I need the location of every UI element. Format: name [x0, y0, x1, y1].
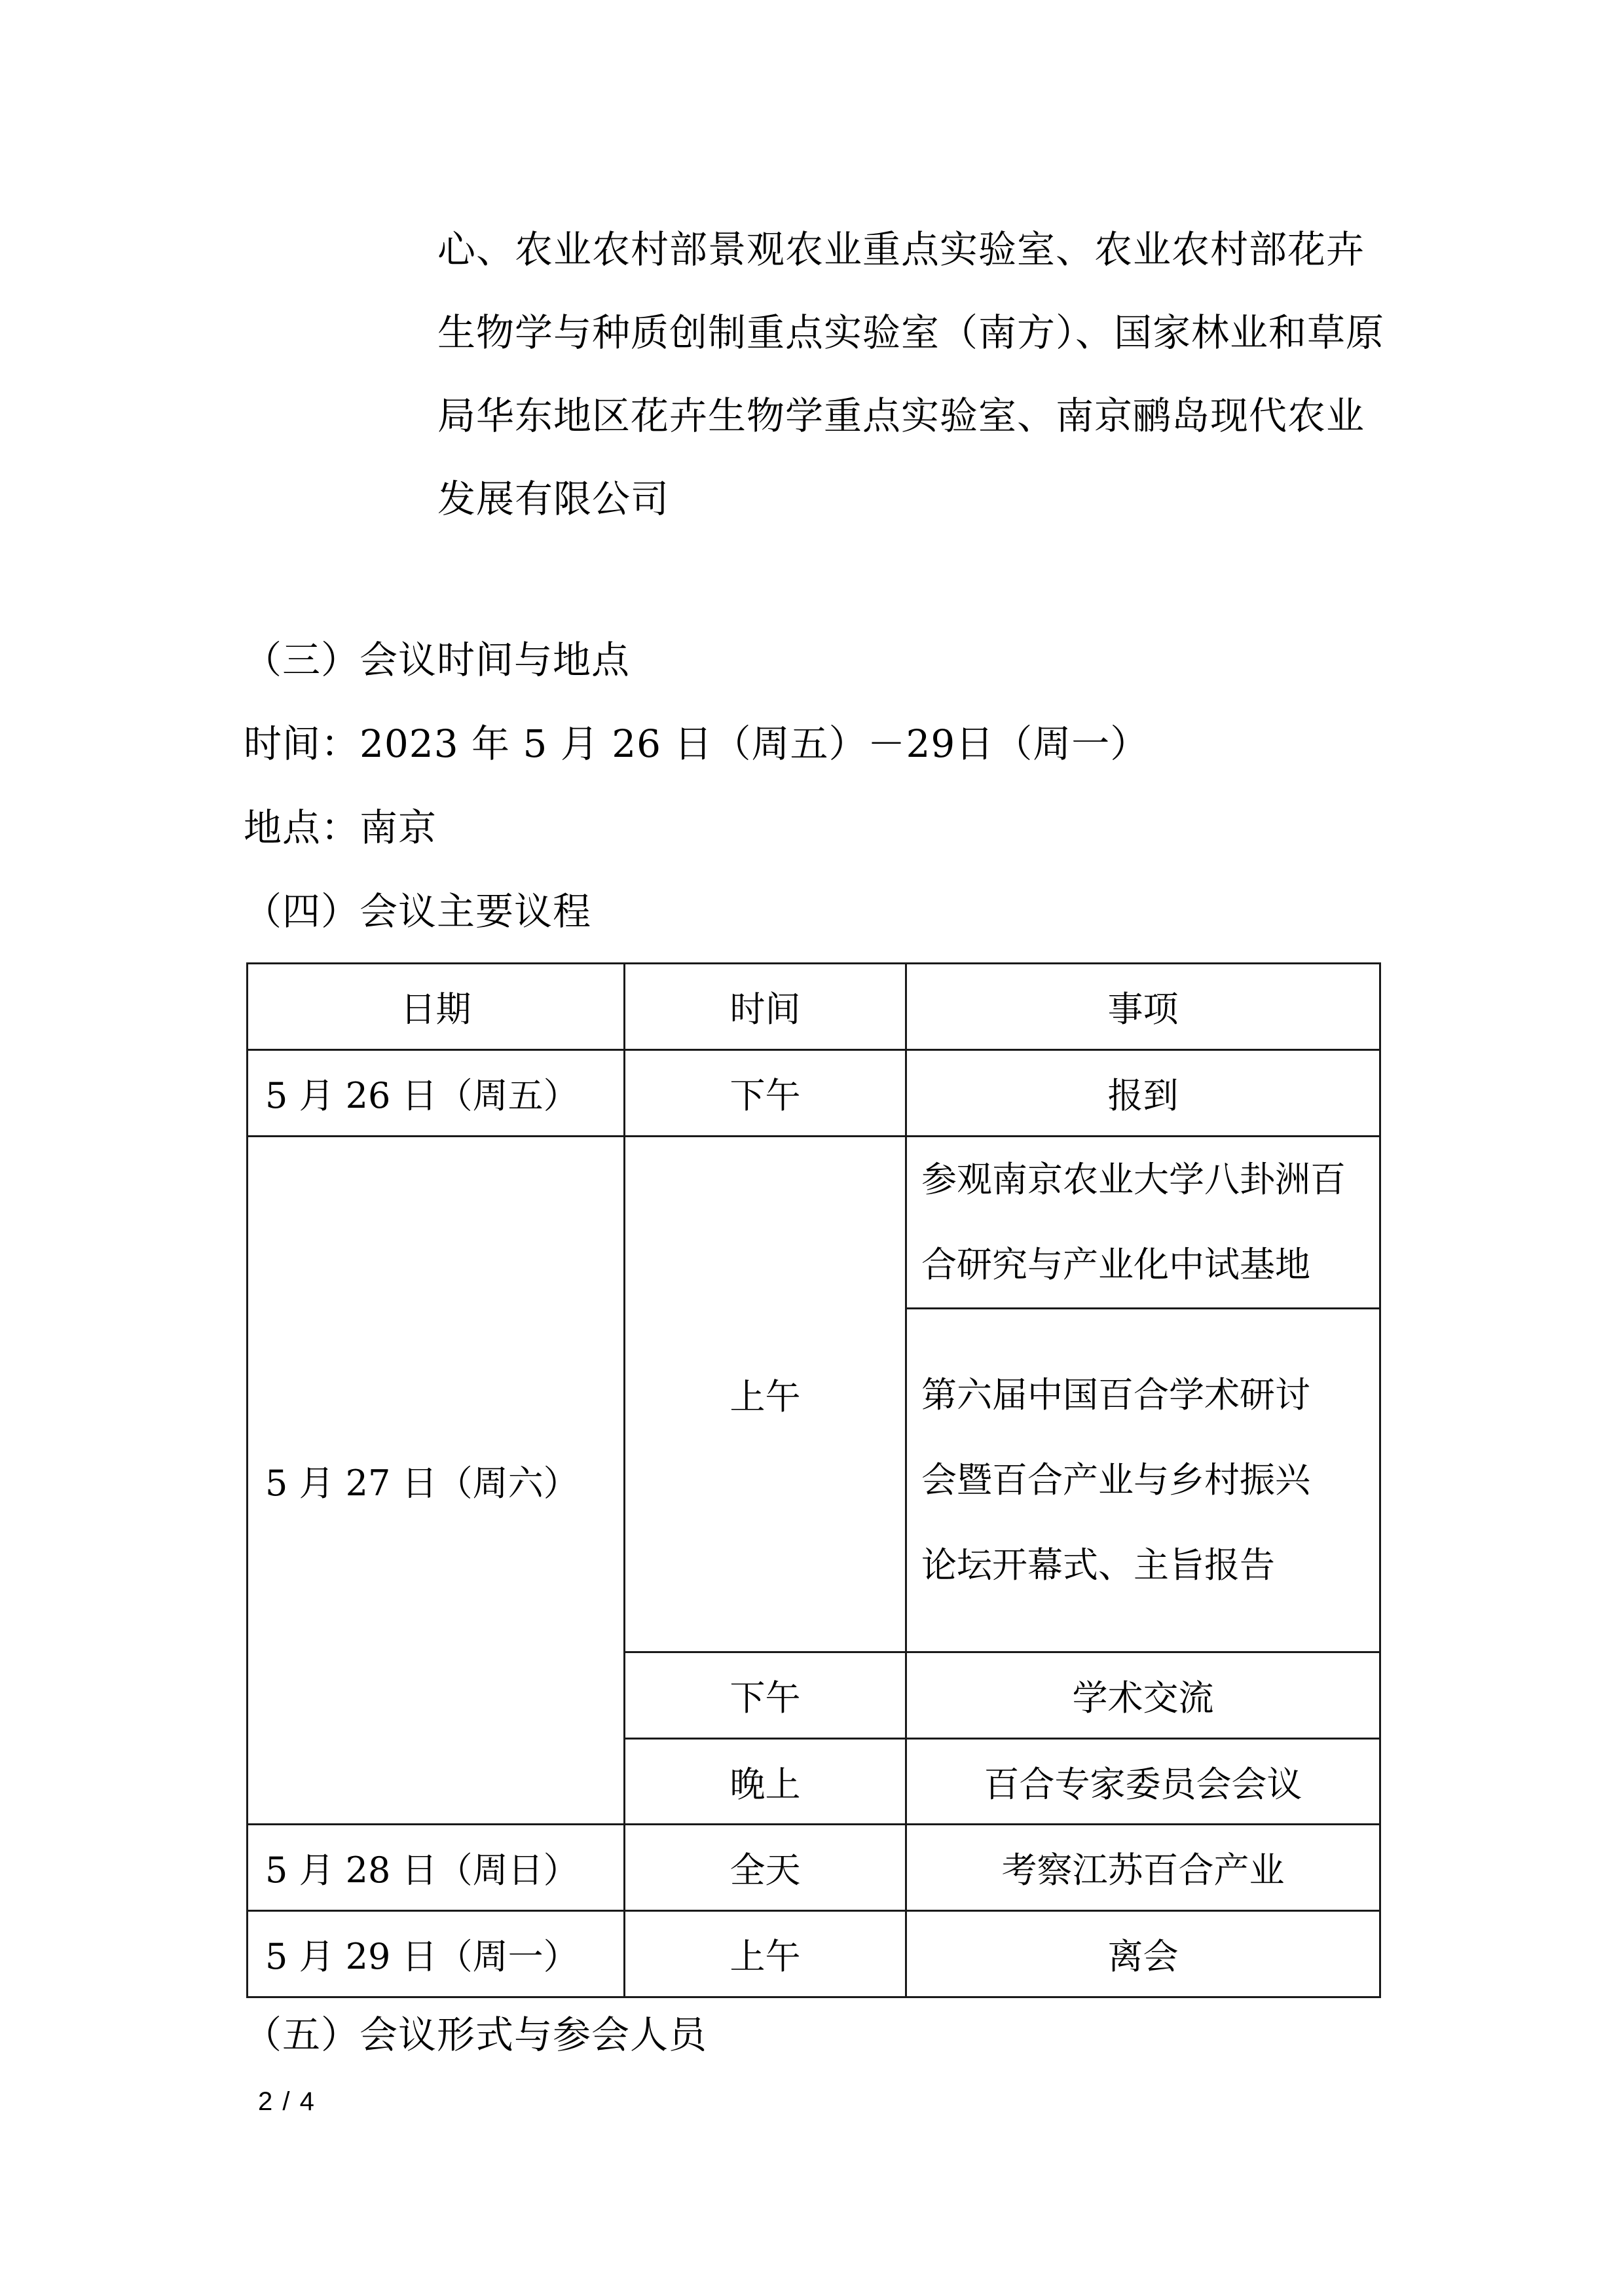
item-line: 论坛开幕式、主旨报告: [921, 1523, 1379, 1608]
item-cell: 报到: [906, 1050, 1380, 1137]
paragraph-line: 局华东地区花卉生物学重点实验室、南京鹂岛现代农业: [437, 374, 1446, 458]
time-cell: 下午: [625, 1652, 906, 1739]
time-cell: 上午: [625, 1911, 906, 1997]
header-date: 日期: [248, 964, 625, 1050]
meeting-time: 时间：2023 年 5 月 26 日（周五）－29日（周一）: [244, 718, 1149, 770]
item-line: 参观南京农业大学八卦洲百: [921, 1137, 1379, 1222]
date-cell: 5 月 28 日（周日）: [248, 1825, 625, 1911]
paragraph-line: 发展有限公司: [437, 458, 1446, 541]
item-cell: 参观南京农业大学八卦洲百 合研究与产业化中试基地: [906, 1137, 1380, 1309]
paragraph-line: 生物学与种质创制重点实验室（南方）、国家林业和草原: [437, 291, 1446, 374]
table-row: 5 月 26 日（周五） 下午 报到: [248, 1050, 1380, 1137]
meeting-place: 地点：南京: [244, 801, 437, 854]
item-line: 合研究与产业化中试基地: [921, 1222, 1379, 1307]
table-header-row: 日期 时间 事项: [248, 964, 1380, 1050]
date-cell: 5 月 27 日（周六）: [248, 1137, 625, 1825]
item-line: 第六届中国百合学术研讨: [921, 1353, 1379, 1438]
date-cell: 5 月 29 日（周一）: [248, 1911, 625, 1997]
item-cell: 考察江苏百合产业: [906, 1825, 1380, 1911]
table-row: 5 月 28 日（周日） 全天 考察江苏百合产业: [248, 1825, 1380, 1911]
table-row: 5 月 27 日（周六） 上午 参观南京农业大学八卦洲百 合研究与产业化中试基地: [248, 1137, 1380, 1309]
item-cell: 学术交流: [906, 1652, 1380, 1739]
paragraph-line: 心、农业农村部景观农业重点实验室、农业农村部花卉: [437, 208, 1446, 291]
time-cell: 上午: [625, 1137, 906, 1652]
section-heading-format-participants: （五）会议形式与参会人员: [244, 2009, 707, 2061]
time-cell: 全天: [625, 1825, 906, 1911]
organizers-paragraph: 心、农业农村部景观农业重点实验室、农业农村部花卉 生物学与种质创制重点实验室（南…: [437, 208, 1446, 541]
item-cell: 第六届中国百合学术研讨 会暨百合产业与乡村振兴 论坛开幕式、主旨报告: [906, 1309, 1380, 1652]
date-cell: 5 月 26 日（周五）: [248, 1050, 625, 1137]
header-item: 事项: [906, 964, 1380, 1050]
page-number: 2 / 4: [258, 2087, 316, 2117]
table-row: 5 月 29 日（周一） 上午 离会: [248, 1911, 1380, 1997]
agenda-table: 日期 时间 事项 5 月 26 日（周五） 下午 报到 5 月 27 日（周六）…: [246, 962, 1381, 1998]
section-heading-agenda: （四）会议主要议程: [244, 885, 591, 938]
time-cell: 晚上: [625, 1739, 906, 1825]
header-time: 时间: [625, 964, 906, 1050]
item-cell: 百合专家委员会会议: [906, 1739, 1380, 1825]
section-heading-time-place: （三）会议时间与地点: [244, 634, 630, 686]
item-line: 会暨百合产业与乡村振兴: [921, 1438, 1379, 1523]
time-cell: 下午: [625, 1050, 906, 1137]
item-cell: 离会: [906, 1911, 1380, 1997]
